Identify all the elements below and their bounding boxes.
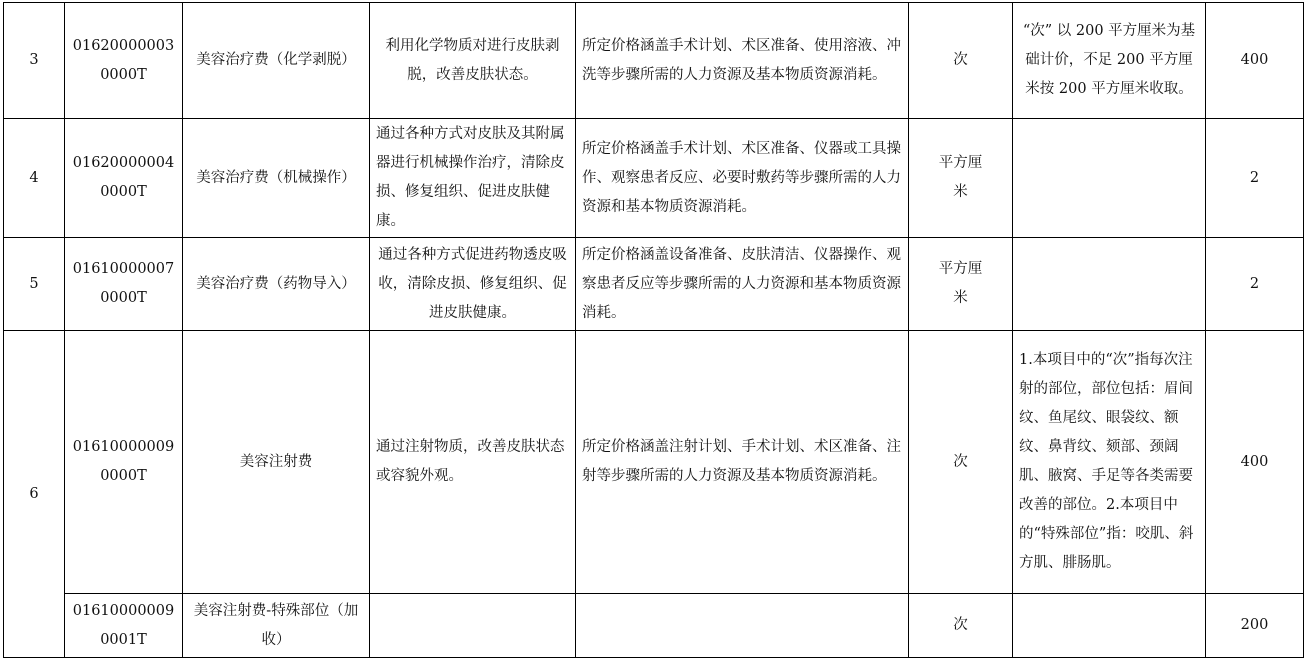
scope-cell: 所定价格涵盖设备准备、皮肤清洁、仪器操作、观察患者反应等步骤所需的人力资源和基本… bbox=[576, 238, 909, 331]
name-cell: 美容注射费 bbox=[183, 331, 370, 594]
name-cell: 美容治疗费（化学剥脱） bbox=[183, 3, 370, 119]
note-cell: 1.本项目中的“次”指每次注射的部位，部位包括：眉间纹、鱼尾纹、眼袋纹、额纹、鼻… bbox=[1013, 331, 1206, 594]
price-cell: 2 bbox=[1206, 238, 1304, 331]
code-line-2: 0001T bbox=[100, 632, 147, 648]
table-row: 5 016100000070000T 美容治疗费（药物导入） 通过各种方式促进药… bbox=[4, 238, 1304, 331]
code-line-2: 0000T bbox=[100, 468, 147, 484]
price-cell: 400 bbox=[1206, 3, 1304, 119]
code-cell: 016200000030000T bbox=[65, 3, 183, 119]
name-cell: 美容治疗费（机械操作） bbox=[183, 119, 370, 238]
code-line-2: 0000T bbox=[100, 67, 147, 83]
content-cell: 利用化学物质对进行皮肤剥脱，改善皮肤状态。 bbox=[370, 3, 576, 119]
unit-cell: 平方厘米 bbox=[909, 238, 1013, 331]
code-cell: 016200000040000T bbox=[65, 119, 183, 238]
price-cell: 400 bbox=[1206, 331, 1304, 594]
unit-cell: 次 bbox=[909, 3, 1013, 119]
note-cell bbox=[1013, 119, 1206, 238]
seq-cell: 3 bbox=[4, 3, 65, 119]
table-row: 4 016200000040000T 美容治疗费（机械操作） 通过各种方式对皮肤… bbox=[4, 119, 1304, 238]
table-row: 3 016200000030000T 美容治疗费（化学剥脱） 利用化学物质对进行… bbox=[4, 3, 1304, 119]
unit-cell: 次 bbox=[909, 331, 1013, 594]
code-cell: 016100000070000T bbox=[65, 238, 183, 331]
unit-cell: 次 bbox=[909, 594, 1013, 658]
content-cell bbox=[370, 594, 576, 658]
content-cell: 通过注射物质，改善皮肤状态或容貌外观。 bbox=[370, 331, 576, 594]
seq-cell: 5 bbox=[4, 238, 65, 331]
table-row: 016100000090001T 美容注射费-特殊部位（加收） 次 200 bbox=[4, 594, 1304, 658]
code-line-1: 01610000009 bbox=[73, 603, 174, 619]
price-cell: 2 bbox=[1206, 119, 1304, 238]
code-line-1: 01610000007 bbox=[73, 261, 174, 277]
note-cell bbox=[1013, 238, 1206, 331]
scope-cell: 所定价格涵盖手术计划、术区准备、使用溶液、冲洗等步骤所需的人力资源及基本物质资源… bbox=[576, 3, 909, 119]
fee-table: 3 016200000030000T 美容治疗费（化学剥脱） 利用化学物质对进行… bbox=[3, 2, 1304, 658]
scope-cell: 所定价格涵盖手术计划、术区准备、仪器或工具操作、观察患者反应、必要时敷药等步骤所… bbox=[576, 119, 909, 238]
code-line-1: 01610000009 bbox=[73, 439, 174, 455]
note-cell: “次” 以 200 平方厘米为基础计价，不足 200 平方厘米按 200 平方厘… bbox=[1013, 3, 1206, 119]
note-cell bbox=[1013, 594, 1206, 658]
content-cell: 通过各种方式对皮肤及其附属器进行机械操作治疗，清除皮损、修复组织、促进皮肤健康。 bbox=[370, 119, 576, 238]
scope-cell: 所定价格涵盖注射计划、手术计划、术区准备、注射等步骤所需的人力资源及基本物质资源… bbox=[576, 331, 909, 594]
code-line-1: 01620000003 bbox=[73, 38, 174, 54]
unit-cell: 平方厘米 bbox=[909, 119, 1013, 238]
code-cell: 016100000090000T bbox=[65, 331, 183, 594]
code-line-1: 01620000004 bbox=[73, 155, 174, 171]
code-line-2: 0000T bbox=[100, 184, 147, 200]
scope-cell bbox=[576, 594, 909, 658]
name-cell: 美容注射费-特殊部位（加收） bbox=[183, 594, 370, 658]
content-cell: 通过各种方式促进药物透皮吸收，清除皮损、修复组织、促进皮肤健康。 bbox=[370, 238, 576, 331]
price-cell: 200 bbox=[1206, 594, 1304, 658]
table-row: 6 016100000090000T 美容注射费 通过注射物质，改善皮肤状态或容… bbox=[4, 331, 1304, 594]
code-cell: 016100000090001T bbox=[65, 594, 183, 658]
name-cell: 美容治疗费（药物导入） bbox=[183, 238, 370, 331]
seq-cell: 4 bbox=[4, 119, 65, 238]
seq-cell: 6 bbox=[4, 331, 65, 658]
code-line-2: 0000T bbox=[100, 290, 147, 306]
